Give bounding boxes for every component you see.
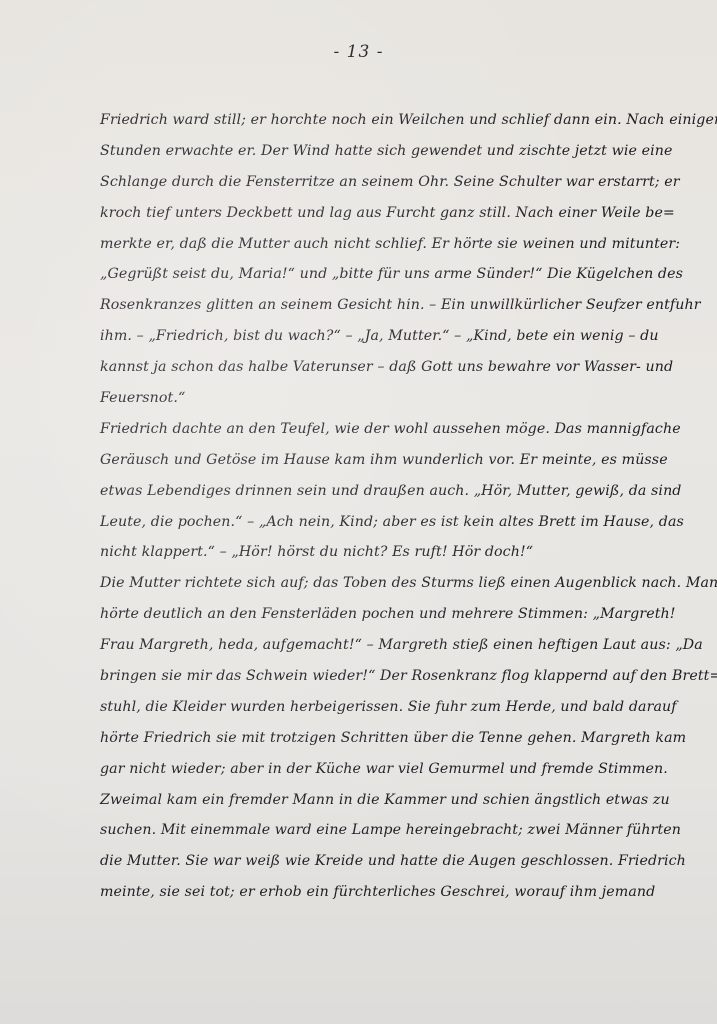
text-line: nicht klappert.“ – „Hör! hörst du nicht?…: [100, 537, 620, 568]
text-line: die Mutter. Sie war weiß wie Kreide und …: [100, 846, 620, 877]
text-line: etwas Lebendiges drinnen sein und drauße…: [100, 476, 620, 507]
text-line: Friedrich ward still; er horchte noch ei…: [100, 105, 620, 136]
text-line: suchen. Mit einemmale ward eine Lampe he…: [100, 815, 620, 846]
text-line: Die Mutter richtete sich auf; das Toben …: [100, 568, 620, 599]
text-line: kannst ja schon das halbe Vaterunser – d…: [100, 352, 620, 383]
text-line: Friedrich dachte an den Teufel, wie der …: [100, 414, 620, 445]
text-line: kroch tief unters Deckbett und lag aus F…: [100, 198, 620, 229]
text-line: Geräusch und Getöse im Hause kam ihm wun…: [100, 445, 620, 476]
text-line: Stunden erwachte er. Der Wind hatte sich…: [100, 136, 620, 167]
text-line: Zweimal kam ein fremder Mann in die Kamm…: [100, 785, 620, 816]
text-line: hörte Friedrich sie mit trotzigen Schrit…: [100, 723, 620, 754]
text-line: Frau Margreth, heda, aufgemacht!“ – Marg…: [100, 630, 620, 661]
text-line: meinte, sie sei tot; er erhob ein fürcht…: [100, 877, 620, 908]
text-line: gar nicht wieder; aber in der Küche war …: [100, 754, 620, 785]
text-line: „Gegrüßt seist du, Maria!“ und „bitte fü…: [100, 259, 620, 290]
text-line: ihm. – „Friedrich, bist du wach?“ – „Ja,…: [100, 321, 620, 352]
text-line: bringen sie mir das Schwein wieder!“ Der…: [100, 661, 620, 692]
text-line: Schlange durch die Fensterritze an seine…: [100, 167, 620, 198]
text-line: hörte deutlich an den Fensterläden poche…: [100, 599, 620, 630]
page-number: - 13 -: [0, 42, 717, 62]
text-line: merkte er, daß die Mutter auch nicht sch…: [100, 229, 620, 260]
text-line: Rosenkranzes glitten an seinem Gesicht h…: [100, 290, 620, 321]
text-line: Leute, die pochen.“ – „Ach nein, Kind; a…: [100, 507, 620, 538]
handwritten-body-text: Friedrich ward still; er horchte noch ei…: [100, 105, 620, 908]
text-line: Feuersnot.“: [100, 383, 620, 414]
text-line: stuhl, die Kleider wurden herbeigerissen…: [100, 692, 620, 723]
manuscript-page: - 13 - Friedrich ward still; er horchte …: [0, 0, 717, 1024]
